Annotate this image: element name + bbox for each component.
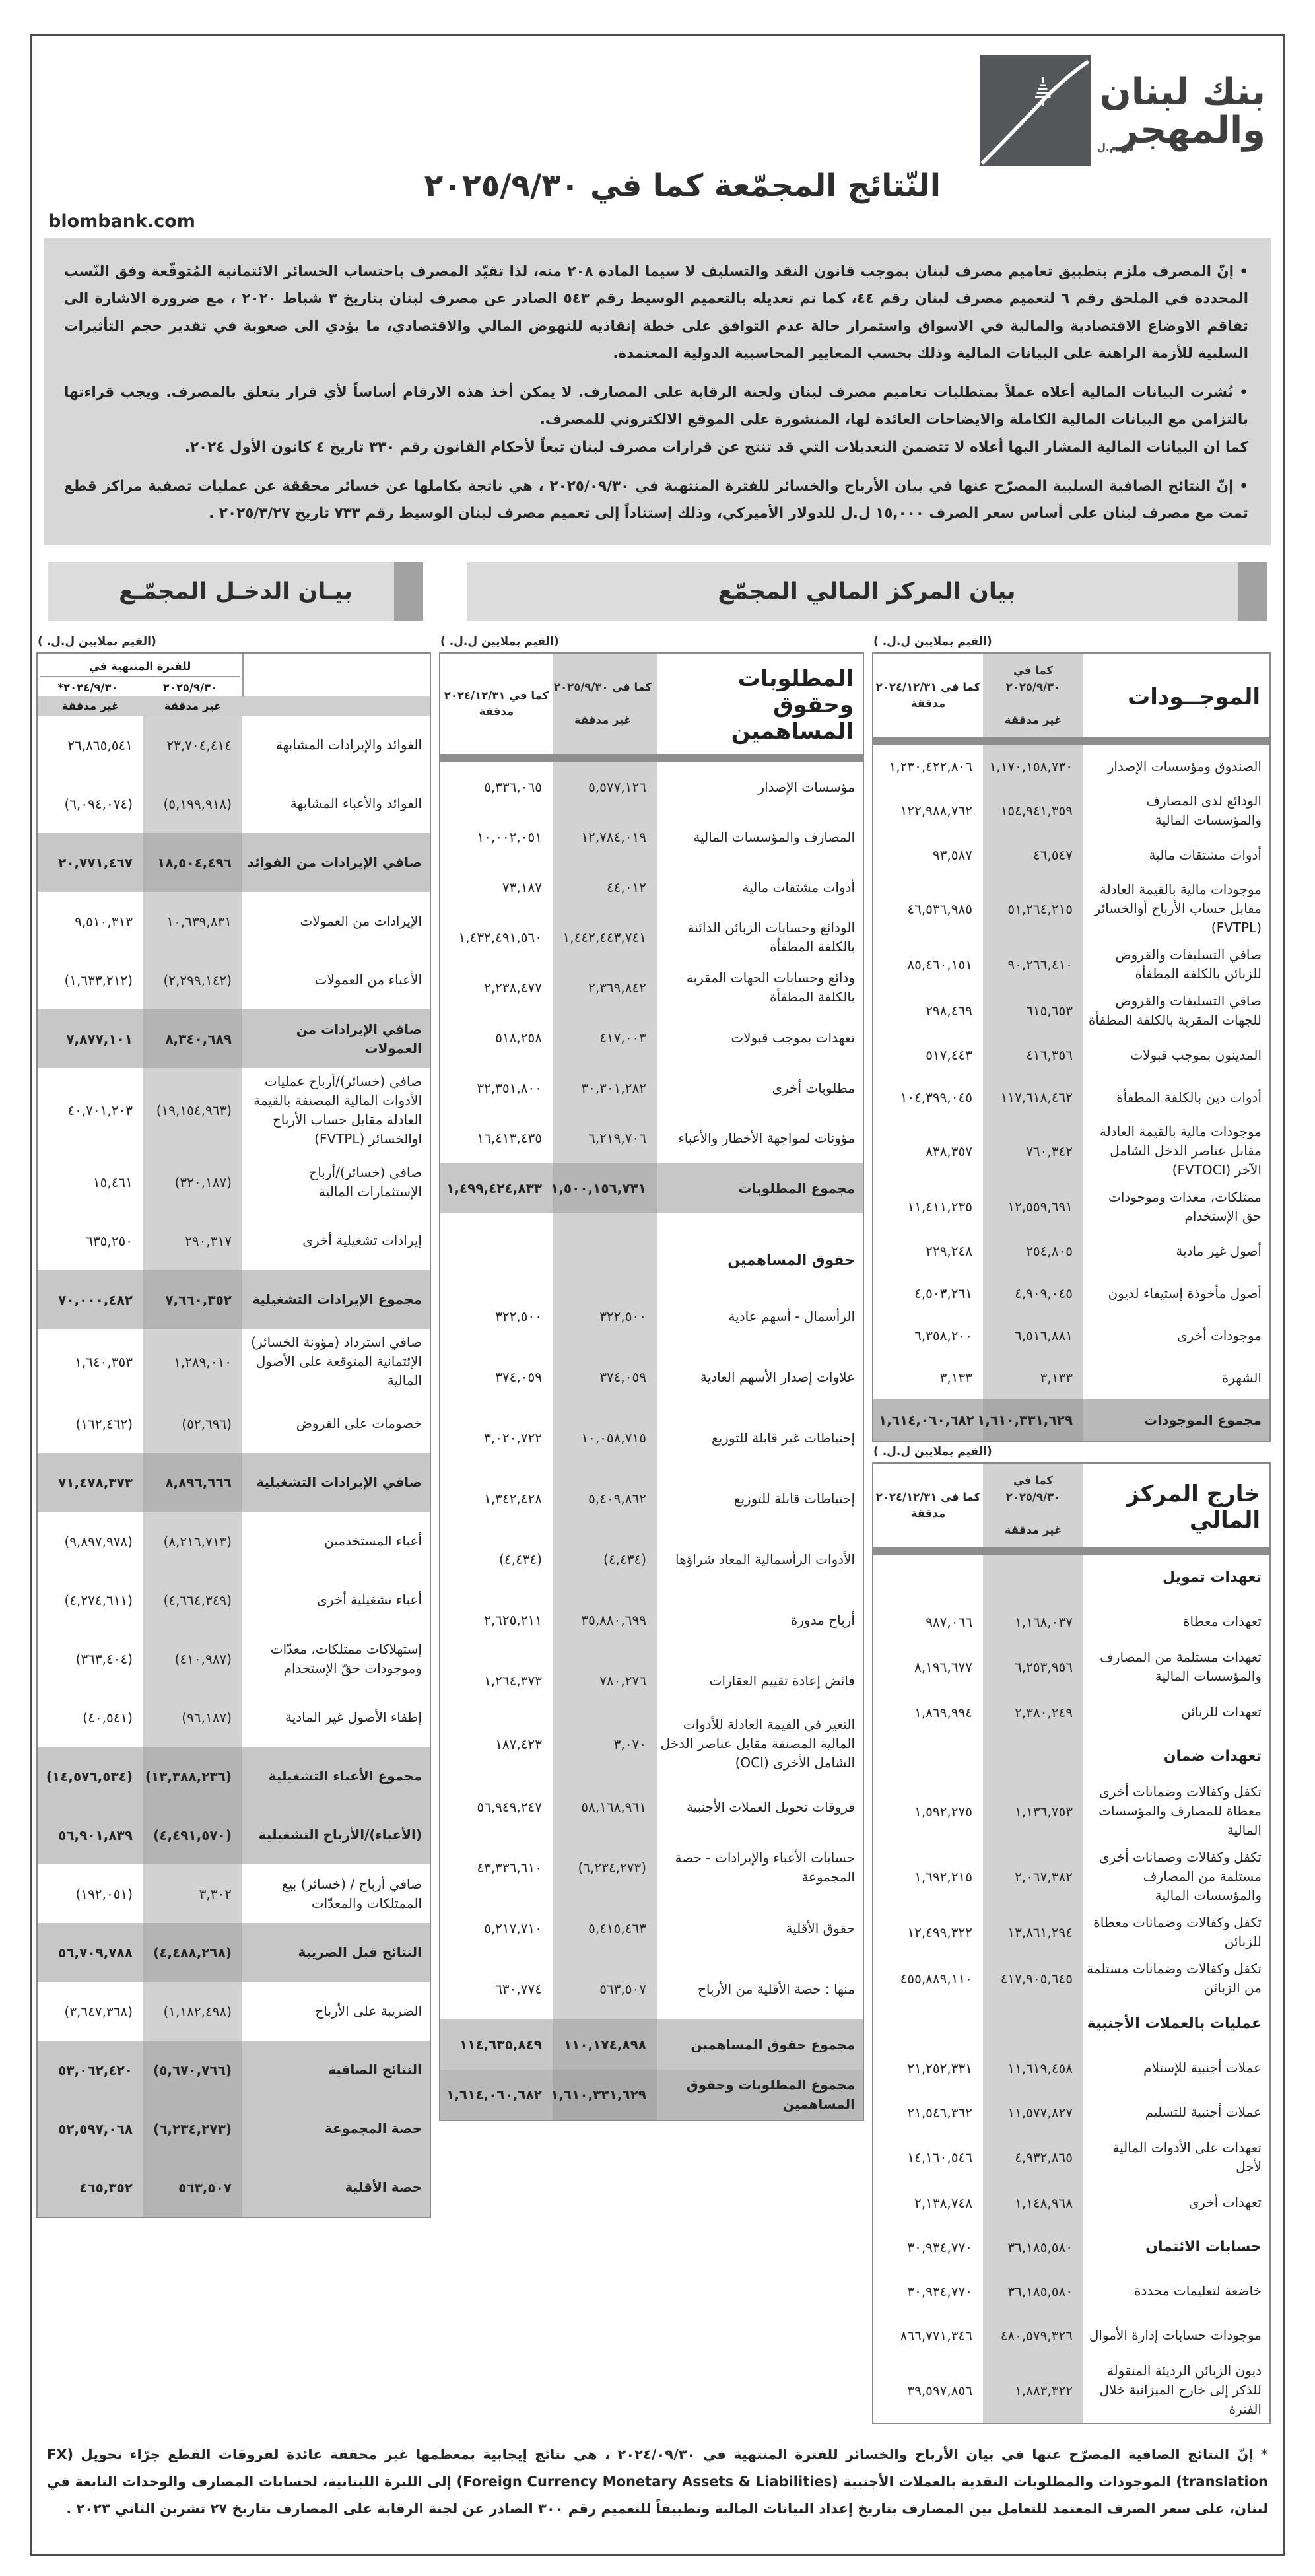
table-row: حصة المجموعة (٦,٢٣٤,٢٧٣) ٥٢,٥٩٧,٠٦٨ xyxy=(38,2099,430,2158)
value-2025: (١٩,١٥٤,٩٦٣) xyxy=(143,1068,242,1153)
table-row: تعهدات أخرى ١,١٤٨,٩٦٨ ٢,١٣٨,٧٤٨ xyxy=(873,2181,1269,2225)
value-2025: ١٢,٧٨٤,٠١٩ xyxy=(553,812,657,862)
value-2024: ٣٧٤,٠٥٩ xyxy=(440,1365,553,1389)
off-balance-table: خارج المركز المالي كما في ٢٠٢٥/٩/٣٠غير م… xyxy=(872,1462,1271,2424)
row-label: عملات أجنبية للتسليم xyxy=(1083,2099,1269,2126)
value-2024: ٥٢,٥٩٧,٠٦٨ xyxy=(38,2117,143,2141)
value-2024: ٧,٨٧٧,١٠١ xyxy=(38,1027,143,1051)
newspaper-financial-results-page: بنك لبنان والمهجر ش.م.ل النّتائج المجمّع… xyxy=(0,34,1315,2576)
value-2025: ٢,٠٦٧,٣٨٢ xyxy=(983,1844,1083,1909)
table-row: الفوائد والأعباء المشابهة (٥,١٩٩,٩١٨) (٦… xyxy=(38,774,430,833)
value-2025: ١,١٤٨,٩٦٨ xyxy=(983,2181,1083,2225)
off-balance-rows: تعهدات تمويل تعهدات معطاة ١,١٦٨,٠٣٧ ٩٨٧,… xyxy=(873,1555,1269,2423)
value-2025: (١,١٨٢,٤٩٨) xyxy=(143,1982,242,2041)
value-2024: (٤,٤٣٤) xyxy=(440,1547,553,1571)
value-2024: ٢,٦٢٥,٢١١ xyxy=(440,1608,553,1632)
value-2024: ٥,٢١٧,٧١٠ xyxy=(440,1916,553,1940)
value-2025: ٥,٥٧٧,١٢٦ xyxy=(553,762,657,812)
value-2025: ٥٨,١٦٨,٩٦١ xyxy=(553,1777,657,1837)
row-label: تعهدات أخرى xyxy=(1083,2189,1269,2216)
value-2024: ٩٣,٥٨٧ xyxy=(873,843,983,867)
row-label: صافي التسليفات والقروض للزبائن بالكلفة ا… xyxy=(1083,941,1269,988)
header-divider xyxy=(873,1547,1269,1555)
row-label: أعباء تشغيلية أخرى xyxy=(242,1586,430,1613)
table-row: صافي الإيرادات من الفوائد ١٨,٥٠٤,٤٩٦ ٢٠,… xyxy=(38,833,430,892)
value-2025: ١١٧,٦١٨,٤٦٢ xyxy=(983,1076,1083,1118)
value-2025: (٤,٤٨٨,٢٦٨) xyxy=(143,1923,242,1982)
value-2025: (٢,٢٩٩,١٤٢) xyxy=(143,951,242,1009)
value-2024: ٩٨٧,٠٦٦ xyxy=(873,1610,983,1634)
row-label: المدينون بموجب قبولات xyxy=(1083,1042,1269,1069)
value-2024: ٦٣٠,٧٧٤ xyxy=(440,1977,553,2001)
row-label: تكفل وكفالات وضمانات أخرى معطاة للمصارف … xyxy=(1083,1779,1269,1844)
value-2025: ٤,٩٠٩,٠٤٥ xyxy=(983,1272,1083,1314)
value-2025: (٤,٤٩١,٥٧٠) xyxy=(143,1806,242,1864)
value-2024: ٢٠,٧٧١,٤٦٧ xyxy=(38,851,143,875)
value-2025 xyxy=(983,1555,1083,1600)
table-row: تكفل وكفالات وضمانات أخرى مستلمة من المص… xyxy=(873,1844,1269,1909)
value-2025: ١٠,٠٥٨,٧١٥ xyxy=(553,1407,657,1468)
value-2025: ١,٢٨٩,٠١٠ xyxy=(143,1329,242,1394)
row-label: مجموع الموجودات xyxy=(1083,1407,1269,1434)
value-2025: ٣٦,١٨٥,٥٨٠ xyxy=(983,2225,1083,2269)
intro-bullet: • إنّ النتائج الصافية السلبية المصرّح عن… xyxy=(64,473,1248,527)
value-2025: (٥,١٩٩,٩١٨) xyxy=(143,774,242,833)
table-row: موجودات مالية بالقيمة العادلة مقابل عناص… xyxy=(873,1118,1269,1184)
value-2024: ٥٦,٧٠٩,٧٨٨ xyxy=(38,1941,143,1965)
table-row: إيرادات تشغيلية أخرى ٢٩٠,٣١٧ ٦٣٥,٢٥٠ xyxy=(38,1211,430,1270)
value-2024: ٢,٢٣٨,٤٧٧ xyxy=(440,976,553,1000)
table-row: عملات أجنبية للإستلام ١١,٦١٩,٤٥٨ ٢١,٢٥٢,… xyxy=(873,2046,1269,2090)
row-label: (الأعباء)/الأرباح التشغيلية xyxy=(242,1821,430,1848)
value-2025: ٦,٥١٦,٨٨١ xyxy=(983,1314,1083,1357)
value-2025: ٤,٩٣٢,٨٦٥ xyxy=(983,2134,1083,2181)
col-2024-header: كما في ٢٠٢٤/١٢/٣١مدققة xyxy=(873,670,983,722)
value-2024: ٥١٧,٤٤٣ xyxy=(873,1043,983,1067)
value-2025: ١,١٣٦,٧٥٣ xyxy=(983,1779,1083,1844)
value-2024: ٣٠,٩٣٤,٧٧٠ xyxy=(873,2280,983,2303)
income-column: (القيم بملايين ل.ل. ) للفترة المنتهية في… xyxy=(36,632,431,2218)
value-2024: (١٩٢,٠٥١) xyxy=(38,1882,143,1906)
row-label: تعهدات ضمان xyxy=(1083,1742,1269,1771)
value-2024: ١,٦١٤,٠٦٠,٦٨٢ xyxy=(440,2083,553,2107)
value-2024: ٤٥٥,٨٨٩,١١٠ xyxy=(873,1967,983,1990)
period-header: للفترة المنتهية في ٢٠٢٥/٩/٣٠ *٢٠٢٤/٩/٣٠ xyxy=(38,654,242,696)
row-label: صافي الإيرادات من الفوائد xyxy=(242,849,430,876)
table-row: موجودات حسابات إدارة الأموال ٤٨٠,٥٧٩,٣٢٦… xyxy=(873,2313,1269,2357)
row-label: أصول مأخوذة إستيفاء لديون xyxy=(1083,1280,1269,1307)
assets-title: الموجــودات xyxy=(1083,672,1269,720)
row-label: تعهدات للزبائن xyxy=(1083,1699,1269,1726)
value-2025: ١,١٦٨,٠٣٧ xyxy=(983,1600,1083,1644)
period-dates: ٢٠٢٥/٩/٣٠ *٢٠٢٤/٩/٣٠ xyxy=(40,677,240,696)
value-2024: ١,٣٤٢,٤٢٨ xyxy=(440,1487,553,1510)
table-row: الصندوق ومؤسسات الإصدار ١,١٧٠,١٥٨,٧٣٠ ١,… xyxy=(873,745,1269,788)
page-title: النّتائج المجمّعة كما في ٢٠٢٥/٩/٣٠ xyxy=(424,168,941,204)
row-label: النتائج قبل الضريبة xyxy=(242,1939,430,1966)
bank-legal-form: ش.م.ل xyxy=(1097,143,1134,153)
liabilities-title: المطلوبات وحقوق المساهمين xyxy=(657,654,863,754)
row-label: تعهدات مستلمة من المصارف والمؤسسات المال… xyxy=(1083,1644,1269,1690)
value-2024: ٨٦٦,٧٧١,٣٤٦ xyxy=(873,2324,983,2348)
table-row: خصومات على القروض (٥٢,٦٩٦) (١٦٢,٤٦٢) xyxy=(38,1394,430,1453)
spacer xyxy=(242,696,430,716)
period-title: للفترة المنتهية في xyxy=(40,658,240,677)
section-title-financial-position: بيان المركز المالي المجمّع xyxy=(718,578,1016,605)
table-row: مجموع الإيرادات التشغيلية ٧,٦٦٠,٣٥٢ ٧٠,٠… xyxy=(38,1270,430,1329)
row-label: عملات أجنبية للإستلام xyxy=(1083,2054,1269,2082)
table-row: الفوائد والإيرادات المشابهة ٢٣,٧٠٤,٤١٤ ٢… xyxy=(38,716,430,774)
value-2025: (٥,٦٧٠,٧٦٦) xyxy=(143,2041,242,2099)
value-2025: ١,١٧٠,١٥٨,٧٣٠ xyxy=(983,745,1083,788)
value-2025: ٢,٣٨٠,٢٤٩ xyxy=(983,1690,1083,1734)
value-2024: ١٠,٠٠٢,٠٥١ xyxy=(440,825,553,849)
row-label: حسابات الأعباء والإيرادات - حصة المجموعة xyxy=(657,1845,863,1891)
value-2024: ٦٣٥,٢٥٠ xyxy=(38,1229,143,1253)
row-label: تكفل وكفالات وضمانات مستلمة من الزبائن xyxy=(1083,1955,1269,2002)
table-row: تعهدات مستلمة من المصارف والمؤسسات المال… xyxy=(873,1644,1269,1690)
value-2024: ٣,١٣٣ xyxy=(873,1366,983,1390)
table-row: تعهدات معطاة ١,١٦٨,٠٣٧ ٩٨٧,٠٦٦ xyxy=(873,1600,1269,1644)
row-label: فائض إعادة تقييم العقارات xyxy=(657,1668,863,1695)
value-2025: ٣٧٤,٠٥٩ xyxy=(553,1347,657,1407)
value-2024: ٤,٥٠٣,٢٦١ xyxy=(873,1281,983,1305)
table-row: أرباح مدورة ٣٥,٨٨٠,٦٩٩ ٢,٦٢٥,٢١١ xyxy=(440,1590,863,1650)
row-label: الشهرة xyxy=(1083,1365,1269,1392)
value-2024: ٣,٠٢٠,٧٢٢ xyxy=(440,1426,553,1450)
table-row: تعهدات ضمان xyxy=(873,1734,1269,1779)
website-text: blombank.com xyxy=(48,211,195,232)
value-2025: ٤٨٠,٥٧٩,٣٢٦ xyxy=(983,2313,1083,2357)
value-2025: ٥,٤٠٩,٨٦٢ xyxy=(553,1468,657,1529)
blom-cedar-logo-icon xyxy=(980,55,1091,166)
value-2024: ٣٢٢,٥٠٠ xyxy=(440,1305,553,1328)
unaudited-2025: غير مدققة xyxy=(143,696,242,716)
value-2025: ٨,٣٤٠,٦٨٩ xyxy=(143,1009,242,1068)
table-row: أصول غير مادية ٢٥٤,٨٠٥ ٢٢٩,٢٤٨ xyxy=(873,1230,1269,1272)
row-label: تكفل وكفالات وضمانات معطاة للزبائن xyxy=(1083,1909,1269,1955)
income-table-header: للفترة المنتهية في ٢٠٢٥/٩/٣٠ *٢٠٢٤/٩/٣٠ xyxy=(38,654,430,696)
table-row xyxy=(440,1213,863,1236)
value-2024: (٦,٠٩٤,٠٧٤) xyxy=(38,792,143,816)
blom-logo-block: بنك لبنان والمهجر ش.م.ل xyxy=(980,55,1265,166)
row-label: تعهدات تمويل xyxy=(1083,1563,1269,1592)
value-2024: ٨٣٨,٣٥٧ xyxy=(873,1139,983,1163)
value-2024: ٥٣,٠٦٢,٤٢٠ xyxy=(38,2058,143,2082)
value-2025: (٨,٢١٦,٧١٣) xyxy=(143,1512,242,1571)
col-2025-header: كما في ٢٠٢٥/٩/٣٠غير مدققة xyxy=(983,1464,1083,1547)
value-2024: ٤٣,٣٣٦,٦١٠ xyxy=(440,1856,553,1880)
table-row: الإيرادات من العمولات ١٠,٦٣٩,٨٣١ ٩,٥١٠,٣… xyxy=(38,892,430,951)
table-row: إستهلاكات ممتلكات، معدّات وموجودات حقّ ا… xyxy=(38,1629,430,1688)
table-row: فائض إعادة تقييم العقارات ٧٨٠,٢٧٦ ١,٢٦٤,… xyxy=(440,1650,863,1711)
bank-name: بنك لبنان والمهجر ش.م.ل xyxy=(1100,55,1265,150)
value-2025: ٥٦٣,٥٠٧ xyxy=(553,1959,657,2019)
unaudited-band: غير مدققة غير مدققة xyxy=(38,696,430,716)
table-row: منها : حصة الأقلية من الأرباح ٥٦٣,٥٠٧ ٦٣… xyxy=(440,1959,863,2019)
value-2025: ٣,١٣٣ xyxy=(983,1357,1083,1399)
row-label: مجموع حقوق المساهمين xyxy=(657,2031,863,2058)
values-unit-note: (القيم بملايين ل.ل. ) xyxy=(873,635,1267,648)
page-frame: بنك لبنان والمهجر ش.م.ل النّتائج المجمّع… xyxy=(30,34,1285,2556)
row-label: إستهلاكات ممتلكات، معدّات وموجودات حقّ ا… xyxy=(242,1636,430,1682)
value-2024: (٤٠,٥٤١) xyxy=(38,1706,143,1730)
table-row: مجموع الموجودات ١,٦١٠,٣٣١,٦٢٩ ١,٦١٤,٠٦٠,… xyxy=(873,1399,1269,1441)
value-2024: ٣٩,٥٩٧,٨٥٦ xyxy=(873,2379,983,2402)
table-row: تعهدات على الأدوات المالية لأجل ٤,٩٣٢,٨٦… xyxy=(873,2134,1269,2181)
value-2025: (٣٢٠,١٨٧) xyxy=(143,1153,242,1211)
table-row: صافي التسليفات والقروض للزبائن بالكلفة ا… xyxy=(873,941,1269,988)
section-bar-square xyxy=(1238,562,1267,621)
table-row: حقوق المساهمين xyxy=(440,1236,863,1286)
row-label: مطلوبات أخرى xyxy=(657,1075,863,1102)
value-2024: ١١,٤١١,٢٣٥ xyxy=(873,1195,983,1219)
value-2025: ٧٦٠,٣٤٢ xyxy=(983,1118,1083,1184)
section-title-income: بيـان الدخـل المجمّـع xyxy=(119,578,353,605)
row-label: الضريبة على الأرباح xyxy=(242,1998,430,2025)
table-row: إحتياطات غير قابلة للتوزيع ١٠,٠٥٨,٧١٥ ٣,… xyxy=(440,1407,863,1468)
table-row: حصة الأقلية ٥٦٣,٥٠٧ ٤٦٥,٣٥٢ xyxy=(38,2158,430,2217)
table-row: أصول مأخوذة إستيفاء لديون ٤,٩٠٩,٠٤٥ ٤,٥٠… xyxy=(873,1272,1269,1314)
row-label: مجموع المطلوبات xyxy=(657,1175,863,1202)
table-row: تعهدات تمويل xyxy=(873,1555,1269,1600)
value-2024: (٣,٦٤٧,٣٦٨) xyxy=(38,2000,143,2023)
income-header-spacer xyxy=(242,654,430,696)
row-label: صافي الإيرادات من العمولات xyxy=(242,1016,430,1062)
statement-columns: (القيم بملايين ل.ل. ) الموجــودات كما في… xyxy=(44,632,1271,2424)
value-2024: ٥٦,٩٤٩,٢٤٧ xyxy=(440,1795,553,1819)
row-label: الرأسمال - أسهم عادية xyxy=(657,1303,863,1330)
row-label: أصول غير مادية xyxy=(1083,1238,1269,1265)
table-row: الأعباء من العمولات (٢,٢٩٩,١٤٢) (١,٦٣٣,٢… xyxy=(38,951,430,1009)
section-bar-financial-position: بيان المركز المالي المجمّع xyxy=(467,562,1267,621)
value-2024: ٩,٥١٠,٣١٣ xyxy=(38,910,143,933)
row-label: موجودات مالية بالقيمة العادلة مقابل عناص… xyxy=(1083,1118,1269,1184)
row-label: خاضعة لتعليمات محددة xyxy=(1083,2278,1269,2305)
col-2025-header: كما في ٢٠٢٥/٩/٣٠غير مدققة xyxy=(553,654,657,754)
row-label: إيرادات تشغيلية أخرى xyxy=(242,1227,430,1254)
value-2025: ٤٤,٠١٢ xyxy=(553,862,657,912)
table-row: الأدوات الرأسمالية المعاد شراؤها (٤,٤٣٤)… xyxy=(440,1529,863,1590)
value-2024: ١٢,٤٩٩,٣٢٢ xyxy=(873,1920,983,1944)
value-2024: ٨٥,٤٦٠,١٥١ xyxy=(873,953,983,976)
value-2024: ١٤,١٦٠,٥٤٦ xyxy=(873,2146,983,2169)
value-2024: ٧٠,٠٠٠,٤٨٢ xyxy=(38,1288,143,1312)
value-2024: ١,٨٦٩,٩٩٤ xyxy=(873,1701,983,1724)
value-2024: ٧١,٤٧٨,٣٧٣ xyxy=(38,1471,143,1495)
table-row: صافي أرباح / (خسائر) بيع الممتلكات والمع… xyxy=(38,1864,430,1923)
row-label: صافي استرداد (مؤونة الخسائر) الإئتمانية … xyxy=(242,1329,430,1394)
value-2025: ١٥٤,٩٤١,٣٥٩ xyxy=(983,788,1083,834)
table-row: مجموع حقوق المساهمين ١١٠,١٧٤,٨٩٨ ١١٤,٦٣٥… xyxy=(440,2019,863,2070)
row-label: الفوائد والإيرادات المشابهة xyxy=(242,731,430,759)
value-2025: ٦,٢٥٣,٩٥٦ xyxy=(983,1644,1083,1690)
value-2024: ١,٢٣٠,٤٢٢,٨٠٦ xyxy=(873,755,983,778)
value-2024 xyxy=(440,1221,553,1229)
table-row: أعباء تشغيلية أخرى (٤,٦٦٤,٣٤٩) (٤,٢٧٤,٦١… xyxy=(38,1571,430,1629)
table-row: صافي الإيرادات التشغيلية ٨,٨٩٦,٦٦٦ ٧١,٤٧… xyxy=(38,1453,430,1512)
row-label: حقوق الأقلية xyxy=(657,1915,863,1942)
row-label: موجودات مالية بالقيمة العادلة مقابل حساب… xyxy=(1083,876,1269,941)
value-2024: ١,٦٤٠,٣٥٣ xyxy=(38,1350,143,1374)
table-row: صافي (خسائر)/أرباح الإستثمارات المالية (… xyxy=(38,1153,430,1211)
row-label: صافي الإيرادات التشغيلية xyxy=(242,1469,430,1496)
table-row: حسابات الائتمان ٣٦,١٨٥,٥٨٠ ٣٠,٩٣٤,٧٧٠ xyxy=(873,2225,1269,2269)
row-label: الأدوات الرأسمالية المعاد شراؤها xyxy=(657,1546,863,1573)
value-2024: ٥,٣٣٦,٠٦٥ xyxy=(440,775,553,799)
row-label: أرباح مدورة xyxy=(657,1607,863,1634)
row-label: تعهدات على الأدوات المالية لأجل xyxy=(1083,2134,1269,2181)
value-2024: (٩,٨٩٧,٩٧٨) xyxy=(38,1530,143,1553)
value-2024: (١٦٢,٤٦٢) xyxy=(38,1412,143,1436)
value-2025: ١,٤٤٢,٤٤٣,٧٤١ xyxy=(553,912,657,963)
liabilities-table: المطلوبات وحقوق المساهمين كما في ٢٠٢٥/٩/… xyxy=(439,652,864,2121)
table-row: تكفل وكفالات وضمانات معطاة للزبائن ١٣,٨٦… xyxy=(873,1909,1269,1955)
table-row: مجموع المطلوبات وحقوق المساهمين ١,٦١٠,٣٣… xyxy=(440,2070,863,2120)
value-2025: ٤٦,٥٤٧ xyxy=(983,834,1083,876)
value-2024: ١,٤٩٩,٤٢٤,٨٣٣ xyxy=(440,1176,553,1200)
table-row: مؤسسات الإصدار ٥,٥٧٧,١٢٦ ٥,٣٣٦,٠٦٥ xyxy=(440,762,863,812)
table-row: خاضعة لتعليمات محددة ٣٦,١٨٥,٥٨٠ ٣٠,٩٣٤,٧… xyxy=(873,2269,1269,2313)
value-2024: ٢,١٣٨,٧٤٨ xyxy=(873,2191,983,2215)
value-2025: ٥٦٣,٥٠٧ xyxy=(143,2158,242,2217)
value-2025: ١١٠,١٧٤,٨٩٨ xyxy=(553,2019,657,2070)
row-label: المصارف والمؤسسات المالية xyxy=(657,824,863,851)
row-label: موجودات حسابات إدارة الأموال xyxy=(1083,2322,1269,2349)
row-label: ممتلكات، معدات وموجودات حق الإستخدام xyxy=(1083,1184,1269,1230)
row-label: إطفاء الأصول غير المادية xyxy=(242,1704,430,1731)
header-divider xyxy=(873,737,1269,745)
row-label: أدوات دين بالكلفة المطفأة xyxy=(1083,1084,1269,1111)
off-balance-header: خارج المركز المالي كما في ٢٠٢٥/٩/٣٠غير م… xyxy=(873,1464,1269,1547)
row-label: علاوات إصدار الأسهم العادية xyxy=(657,1364,863,1391)
value-2024: ٨,١٩٦,٦٧٧ xyxy=(873,1655,983,1679)
table-row: ودائع وحسابات الجهات المقربة بالكلفة الم… xyxy=(440,963,863,1013)
value-2025: ٥,٤١٥,٤٦٣ xyxy=(553,1898,657,1959)
row-label: مؤونات لمواجهة الأخطار والأعباء xyxy=(657,1125,863,1152)
row-label: إحتياطات غير قابلة للتوزيع xyxy=(657,1425,863,1452)
value-2025: ٣٦,١٨٥,٥٨٠ xyxy=(983,2269,1083,2313)
value-2025: ٦١٥,٦٥٣ xyxy=(983,988,1083,1034)
value-2024: ٥١٨,٢٥٨ xyxy=(440,1026,553,1050)
value-2024: ٢٩٨,٤٦٩ xyxy=(873,999,983,1023)
row-label: تعهدات معطاة xyxy=(1083,1608,1269,1635)
table-row: ديون الزبائن الرديئة المنقولة للذكر إلى … xyxy=(873,2357,1269,2423)
bank-name-line1: بنك لبنان xyxy=(1100,73,1265,112)
table-row: أدوات مشتقات مالية ٤٦,٥٤٧ ٩٣,٥٨٧ xyxy=(873,834,1269,876)
table-row: المصارف والمؤسسات المالية ١٢,٧٨٤,٠١٩ ١٠,… xyxy=(440,812,863,862)
row-label: الإيرادات من العمولات xyxy=(242,908,430,935)
section-bar-income: بيـان الدخـل المجمّـع xyxy=(48,562,423,621)
table-row: حقوق الأقلية ٥,٤١٥,٤٦٣ ٥,٢١٧,٧١٠ xyxy=(440,1898,863,1959)
value-2024: ١,٢٦٤,٣٧٣ xyxy=(440,1669,553,1693)
row-label: منها : حصة الأقلية من الأرباح xyxy=(657,1976,863,2003)
date-2024: *٢٠٢٤/٩/٣٠ xyxy=(35,677,141,696)
row-label: أدوات مشتقات مالية xyxy=(1083,842,1269,869)
liabilities-rows: مؤسسات الإصدار ٥,٥٧٧,١٢٦ ٥,٣٣٦,٠٦٥ المصا… xyxy=(440,762,863,2120)
table-row: حسابات الأعباء والإيرادات - حصة المجموعة… xyxy=(440,1837,863,1898)
value-2025: (٤١٠,٩٨٧) xyxy=(143,1629,242,1688)
value-2024: ٢١,٥٤٦,٣٦٢ xyxy=(873,2101,983,2124)
row-label: أعباء المستخدمين xyxy=(242,1528,430,1555)
table-row: تكفل وكفالات وضمانات أخرى معطاة للمصارف … xyxy=(873,1779,1269,1844)
table-row: صافي التسليفات والقروض للجهات المقربة با… xyxy=(873,988,1269,1034)
value-2025 xyxy=(553,1213,657,1236)
value-2024: ٤٦,٥٣٦,٩٨٥ xyxy=(873,897,983,921)
table-row: المدينون بموجب قبولات ٤١٦,٣٥٦ ٥١٧,٤٤٣ xyxy=(873,1034,1269,1076)
value-2025: (٩٦,١٨٧) xyxy=(143,1688,242,1747)
values-unit-note: (القيم بملايين ل.ل. ) xyxy=(440,635,860,648)
col-2025-header: كما في ٢٠٢٥/٩/٣٠غير مدققة xyxy=(983,654,1083,737)
unaudited-2024: غير مدققة xyxy=(38,696,143,716)
value-2025: ٦,٢١٩,٧٠٦ xyxy=(553,1113,657,1163)
header: بنك لبنان والمهجر ش.م.ل النّتائج المجمّع… xyxy=(44,46,1271,221)
table-row: صافي (خسائر)/أرباح عمليات الأدوات المالي… xyxy=(38,1068,430,1153)
values-unit-note: (القيم بملايين ل.ل. ) xyxy=(38,635,427,648)
assets-column: (القيم بملايين ل.ل. ) الموجــودات كما في… xyxy=(872,632,1271,2424)
table-row: تكفل وكفالات وضمانات مستلمة من الزبائن ٤… xyxy=(873,1955,1269,2002)
row-label: مجموع المطلوبات وحقوق المساهمين xyxy=(657,2072,863,2118)
income-table: للفترة المنتهية في ٢٠٢٥/٩/٣٠ *٢٠٢٤/٩/٣٠ … xyxy=(36,652,431,2218)
value-2024: (٣٦٣,٤٠٤) xyxy=(38,1647,143,1671)
value-2024: ١,٦١٤,٠٦٠,٦٨٢ xyxy=(873,1408,983,1432)
value-2024: ١٨٧,٤٢٣ xyxy=(440,1732,553,1756)
value-2024: ٦,٣٥٨,٢٠٠ xyxy=(873,1324,983,1347)
table-row: مجموع المطلوبات ١,٥٠٠,١٥٦,٧٣١ ١,٤٩٩,٤٢٤,… xyxy=(440,1163,863,1213)
table-row: مجموع الأعباء التشغيلية (١٣,٣٨٨,٢٣٦) (١٤… xyxy=(38,1747,430,1806)
row-label: صافي (خسائر)/أرباح عمليات الأدوات المالي… xyxy=(242,1068,430,1153)
value-2025: ٧٨٠,٢٧٦ xyxy=(553,1650,657,1711)
disclosure-intro-panel: • إنّ المصرف ملزم بتطبيق تعاميم مصرف لبن… xyxy=(44,238,1271,545)
footnote: * إنّ النتائج الصافية المصرّح عنها في بي… xyxy=(44,2441,1271,2523)
row-label: خصومات على القروض xyxy=(242,1410,430,1437)
row-label: التغير في القيمة العادلة للأدوات المالية… xyxy=(657,1711,863,1777)
row-label: النتائج الصافية xyxy=(242,2056,430,2084)
table-row: صافي استرداد (مؤونة الخسائر) الإئتمانية … xyxy=(38,1329,430,1394)
assets-table-header: الموجــودات كما في ٢٠٢٥/٩/٣٠غير مدققة كم… xyxy=(873,654,1269,737)
value-2024 xyxy=(873,1574,983,1582)
table-row: موجودات مالية بالقيمة العادلة مقابل حساب… xyxy=(873,876,1269,941)
value-2025: ١١,٦١٩,٤٥٨ xyxy=(983,2046,1083,2090)
row-label: فروقات تحويل العملات الأجنبية xyxy=(657,1794,863,1821)
value-2024: ٢٢٩,٢٤٨ xyxy=(873,1239,983,1263)
value-2024: ٧٣,١٨٧ xyxy=(440,875,553,899)
row-label: أدوات مشتقات مالية xyxy=(657,874,863,901)
row-label xyxy=(657,1221,863,1229)
value-2025: ١,٦١٠,٣٣١,٦٢٩ xyxy=(983,1399,1083,1441)
table-row: أدوات مشتقات مالية ٤٤,٠١٢ ٧٣,١٨٧ xyxy=(440,862,863,912)
income-rows: الفوائد والإيرادات المشابهة ٢٣,٧٠٤,٤١٤ ٢… xyxy=(38,716,430,2217)
value-2024: ٤٠,٧٠١,٢٠٣ xyxy=(38,1099,143,1122)
value-2025: (٦,٢٣٤,٢٧٣) xyxy=(553,1837,657,1898)
value-2025: ١,٨٨٣,٣٢٢ xyxy=(983,2357,1083,2423)
value-2025: ٣٢٢,٥٠٠ xyxy=(553,1286,657,1347)
col-2024-header: كما في ٢٠٢٤/١٢/٣١مدققة xyxy=(440,679,553,730)
value-2025: ٤١٧,٩٠٥,٦٤٥ xyxy=(983,1955,1083,2002)
value-2025: ٣,٣٠٢ xyxy=(143,1864,242,1923)
value-2024: ٣٢,٣٥١,٨٠٠ xyxy=(440,1076,553,1100)
row-label: حصة المجموعة xyxy=(242,2115,430,2142)
value-2025: ١,٥٠٠,١٥٦,٧٣١ xyxy=(553,1163,657,1213)
table-row: موجودات أخرى ٦,٥١٦,٨٨١ ٦,٣٥٨,٢٠٠ xyxy=(873,1314,1269,1357)
values-unit-note: (القيم بملايين ل.ل. ) xyxy=(873,1445,1267,1458)
value-2024: ٤٦٥,٣٥٢ xyxy=(38,2176,143,2200)
value-2025: (١٣,٣٨٨,٢٣٦) xyxy=(143,1747,242,1806)
value-2024 xyxy=(873,1753,983,1761)
table-row: إطفاء الأصول غير المادية (٩٦,١٨٧) (٤٠,٥٤… xyxy=(38,1688,430,1747)
table-row: ممتلكات، معدات وموجودات حق الإستخدام ١٢,… xyxy=(873,1184,1269,1230)
row-label: الودائع وحسابات الزبائن الدائنة بالكلفة … xyxy=(657,914,863,961)
